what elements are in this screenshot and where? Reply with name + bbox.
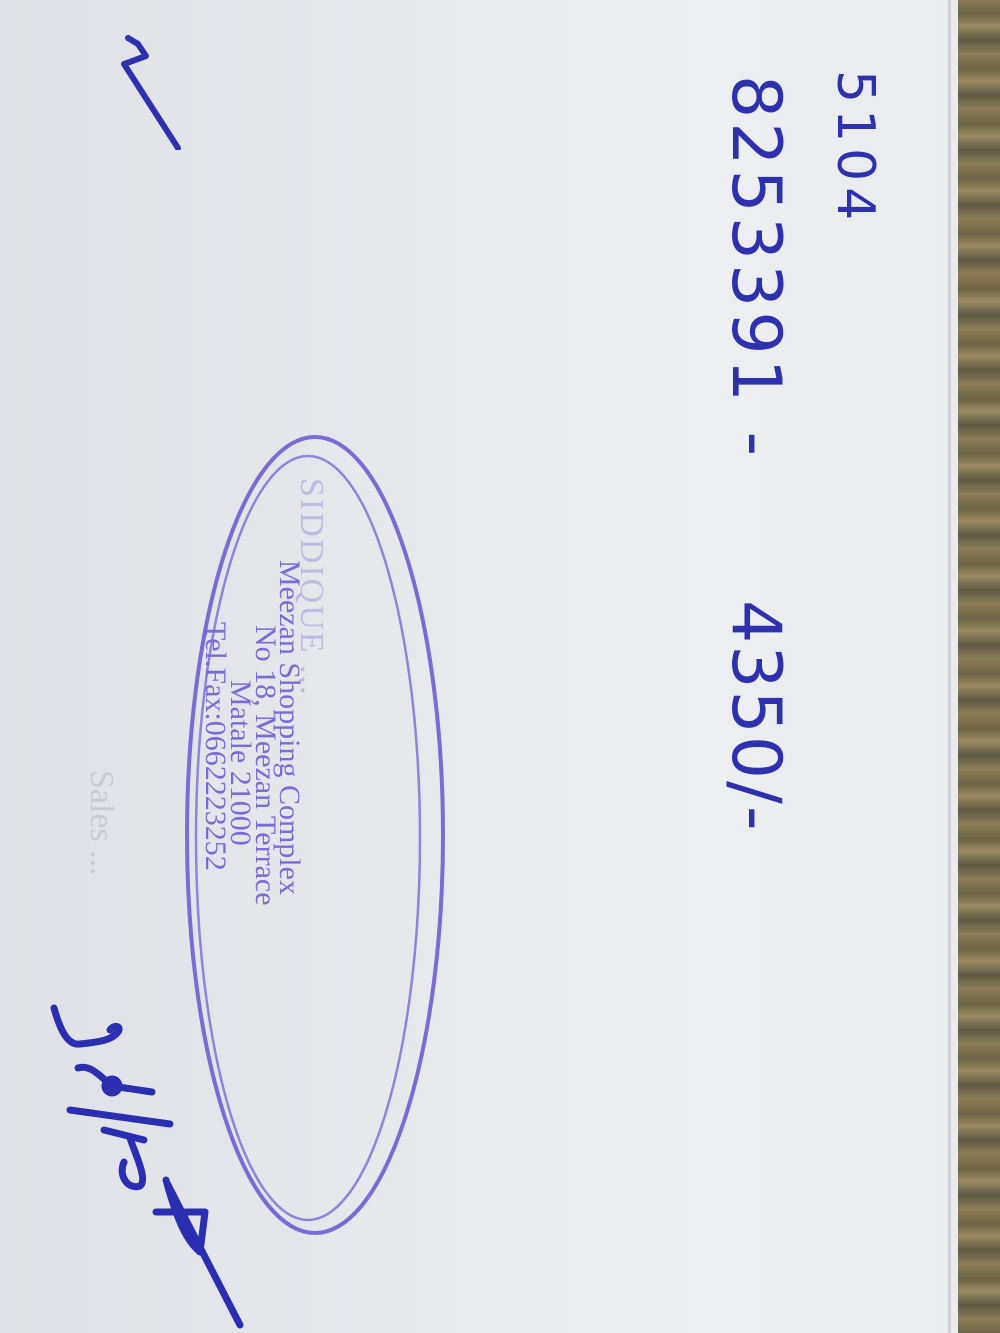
handwritten-number-1: 5104 xyxy=(825,70,885,226)
stamp-line-4: Tel.Fax:0662223252 xyxy=(198,622,232,871)
signature xyxy=(40,980,270,1330)
bleed-through-text: Sales ... xyxy=(82,770,120,876)
handwritten-amount: 4350/- xyxy=(716,600,795,833)
table-surface xyxy=(958,0,1000,1333)
handwritten-number-2: 8253391 - xyxy=(716,75,795,460)
check-mark-icon xyxy=(118,30,198,150)
paper-edge xyxy=(948,0,951,1333)
